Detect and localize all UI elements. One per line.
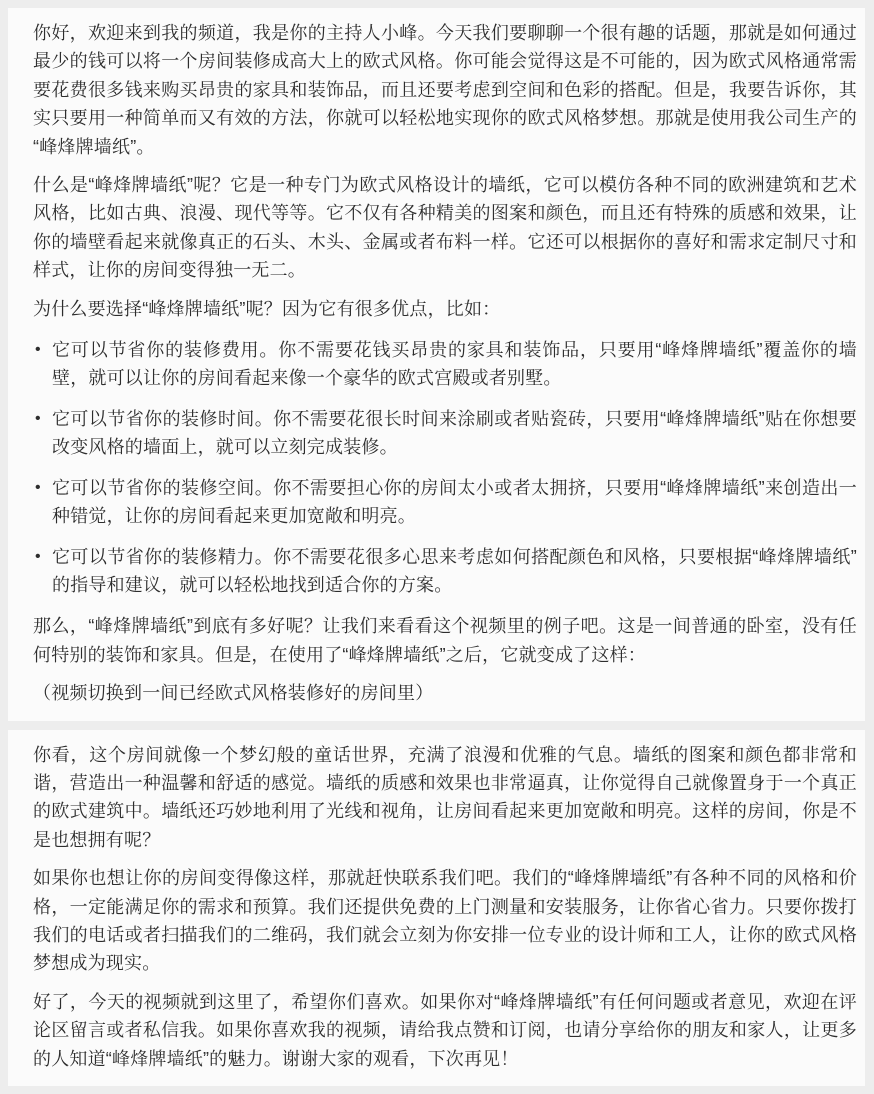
list-item-benefit-cost: • 它可以节省你的装修费用。你不需要花钱买昂贵的家具和装饰品，只要用“峰烽牌墙纸… [52,336,857,393]
script-card-part1: 你好，欢迎来到我的频道，我是你的主持人小峰。今天我们要聊聊一个很有趣的话题，那就… [8,8,865,721]
list-item-benefit-space: • 它可以节省你的装修空间。你不需要担心你的房间太小或者太拥挤，只要用“峰烽牌墙… [52,474,857,531]
script-card-part2: 你看，这个房间就像一个梦幻般的童话世界，充满了浪漫和优雅的气息。墙纸的图案和颜色… [8,730,865,1086]
bullet-icon: • [35,336,41,364]
benefit-text: 它可以节省你的装修费用。你不需要花钱买昂贵的家具和装饰品，只要用“峰烽牌墙纸”覆… [52,340,857,388]
demo-intro-paragraph: 那么，“峰烽牌墙纸”到底有多好呢？让我们来看看这个视频里的例子吧。这是一间普通的… [33,612,857,669]
what-is-paragraph: 什么是“峰烽牌墙纸”呢？它是一种专门为欧式风格设计的墙纸，它可以模仿各种不同的欧… [33,171,857,285]
why-choose-paragraph: 为什么要选择“峰烽牌墙纸”呢？因为它有很多优点，比如： [33,295,857,323]
bullet-icon: • [35,474,41,502]
list-item-benefit-effort: • 它可以节省你的装修精力。你不需要花很多心思来考虑如何搭配颜色和风格，只要根据… [52,543,857,600]
outro-paragraph: 好了，今天的视频就到这里了，希望你们喜欢。如果你对“峰烽牌墙纸”有任何问题或者意… [33,988,857,1073]
benefits-list: • 它可以节省你的装修费用。你不需要花钱买昂贵的家具和装饰品，只要用“峰烽牌墙纸… [33,336,857,599]
list-item-benefit-time: • 它可以节省你的装修时间。你不需要花很长时间来涂刷或者贴瓷砖，只要用“峰烽牌墙… [52,405,857,462]
scene-note-paragraph: （视频切换到一间已经欧式风格装修好的房间里） [33,679,857,707]
bullet-icon: • [35,405,41,433]
bullet-icon: • [35,543,41,571]
contact-paragraph: 如果你也想让你的房间变得像这样，那就赶快联系我们吧。我们的“峰烽牌墙纸”有各种不… [33,864,857,978]
video-script-document: 你好，欢迎来到我的频道，我是你的主持人小峰。今天我们要聊聊一个很有趣的话题，那就… [0,0,874,1094]
room-review-paragraph: 你看，这个房间就像一个梦幻般的童话世界，充满了浪漫和优雅的气息。墙纸的图案和颜色… [33,741,857,855]
benefit-text: 它可以节省你的装修空间。你不需要担心你的房间太小或者太拥挤，只要用“峰烽牌墙纸”… [52,478,857,526]
benefit-text: 它可以节省你的装修精力。你不需要花很多心思来考虑如何搭配颜色和风格，只要根据“峰… [52,547,857,595]
benefit-text: 它可以节省你的装修时间。你不需要花很长时间来涂刷或者贴瓷砖，只要用“峰烽牌墙纸”… [52,409,857,457]
intro-paragraph: 你好，欢迎来到我的频道，我是你的主持人小峰。今天我们要聊聊一个很有趣的话题，那就… [33,19,857,161]
